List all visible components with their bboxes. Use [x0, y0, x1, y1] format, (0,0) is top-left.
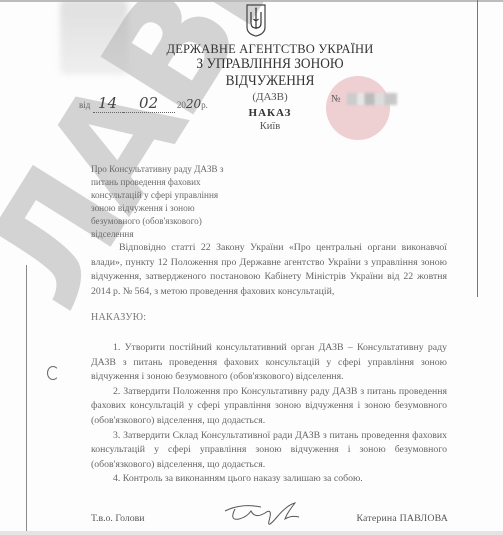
agency-name-line1: ДЕРЖАВНЕ АГЕНТСТВО УКРАЇНИ — [150, 42, 390, 56]
document-subject: Про Консультативну раду ДАЗВ з питань пр… — [91, 163, 241, 241]
date-year-suffix: 20 — [186, 97, 201, 111]
order-heading: НАКАЗУЮ: — [91, 311, 146, 326]
punch-hole-mark — [47, 366, 59, 380]
scan-edge-line — [477, 0, 478, 297]
handwritten-signature-icon — [221, 499, 321, 529]
scanned-document-page: ДЕРЖАВНЕ АГЕНТСТВО УКРАЇНИ З УПРАВЛІННЯ … — [0, 0, 503, 535]
order-item: 1. Утворити постійний консультативний ор… — [91, 341, 447, 385]
scan-edge-line-left — [26, 265, 27, 535]
document-number: № — [331, 93, 397, 105]
page-bottom-edge — [0, 531, 503, 535]
order-items: 1. Утворити постійний консультативний ор… — [91, 341, 447, 487]
document-preamble: Відповідно статті 22 Закону України «Про… — [91, 241, 447, 299]
redacted-number — [347, 93, 397, 105]
date-year-mark: р. — [201, 100, 208, 110]
date-prefix: від — [79, 100, 90, 110]
document-city: Київ — [150, 121, 390, 132]
order-item: 4. Контроль за виконанням цього наказу з… — [91, 472, 447, 487]
order-item: 3. Затвердити Склад Консультативної ради… — [91, 429, 447, 473]
order-item: 2. Затвердити Положення про Консультатив… — [91, 385, 447, 429]
number-label: № — [331, 93, 341, 104]
redacted-stamp — [60, 0, 128, 75]
date-year-prefix: 20 — [177, 100, 186, 110]
date-day: 14 — [98, 94, 117, 112]
signatory-role: Т.в.о. Голови — [91, 513, 145, 524]
document-header: ДЕРЖАВНЕ АГЕНТСТВО УКРАЇНИ З УПРАВЛІННЯ … — [150, 42, 390, 132]
signatory-name: Катерина ПАВЛОВА — [356, 513, 448, 524]
agency-name-line2: З УПРАВЛІННЯ ЗОНОЮ ВІДЧУЖЕННЯ — [160, 56, 381, 90]
trident-emblem-icon — [245, 3, 267, 37]
document-date: від 14 02 2020р. — [79, 94, 208, 113]
date-month: 02 — [139, 94, 158, 112]
